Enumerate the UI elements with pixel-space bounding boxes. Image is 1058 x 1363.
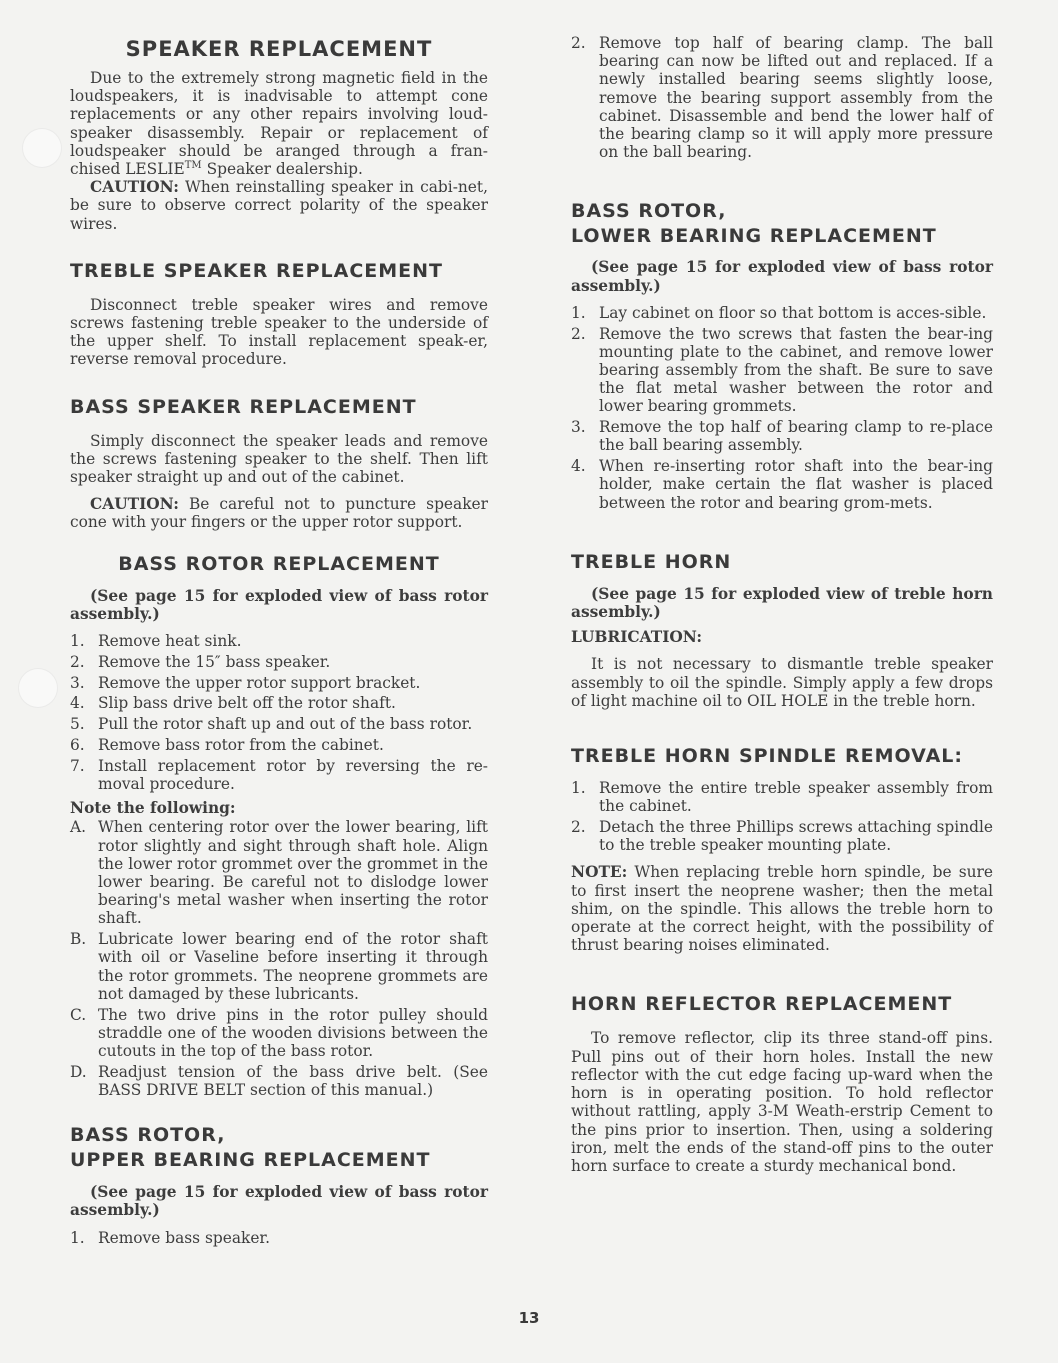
removal-steps: 1.Remove the entire treble speaker assem… bbox=[571, 779, 993, 854]
section-heading: TREBLE HORN bbox=[571, 550, 993, 575]
section-speaker-replacement: SPEAKER REPLACEMENT Due to the extremely… bbox=[70, 37, 488, 233]
section-body: To remove reflector, clip its three stan… bbox=[571, 1029, 993, 1175]
list-item: 3.Remove the upper rotor support bracket… bbox=[70, 674, 488, 692]
section-heading: SPEAKER REPLACEMENT bbox=[70, 37, 488, 62]
caution-label: CAUTION: bbox=[90, 178, 179, 196]
note-label: NOTE: bbox=[571, 863, 627, 881]
section-heading: BASS ROTOR,UPPER BEARING REPLACEMENT bbox=[70, 1123, 488, 1173]
list-item: 1.Lay cabinet on floor so that bottom is… bbox=[571, 304, 993, 322]
list-item: 1.Remove the entire treble speaker assem… bbox=[571, 779, 993, 815]
list-item: 5.Pull the rotor shaft up and out of the… bbox=[70, 715, 488, 733]
section-spindle-removal: TREBLE HORN SPINDLE REMOVAL: 1.Remove th… bbox=[571, 744, 993, 954]
list-item: 7.Install replacement rotor by reversing… bbox=[70, 757, 488, 793]
list-item: 2.Remove top half of bearing clamp. The … bbox=[571, 34, 993, 161]
section-horn-reflector: HORN REFLECTOR REPLACEMENT To remove ref… bbox=[571, 992, 993, 1175]
section-heading: BASS ROTOR REPLACEMENT bbox=[70, 552, 488, 577]
section-body: Simply disconnect the speaker leads and … bbox=[70, 432, 488, 487]
right-column: 2.Remove top half of bearing clamp. The … bbox=[571, 32, 993, 1175]
manual-page: SPEAKER REPLACEMENT Due to the extremely… bbox=[0, 0, 1058, 1363]
section-treble-speaker: TREBLE SPEAKER REPLACEMENT Disconnect tr… bbox=[70, 259, 488, 369]
section-lower-bearing: BASS ROTOR,LOWER BEARING REPLACEMENT (Se… bbox=[571, 199, 993, 511]
list-item: 3.Remove the top half of bearing clamp t… bbox=[571, 418, 993, 454]
list-item: 2.Remove the two screws that fasten the … bbox=[571, 325, 993, 416]
see-page-reference: (See page 15 for exploded view of bass r… bbox=[571, 258, 993, 294]
section-heading: BASS ROTOR,LOWER BEARING REPLACEMENT bbox=[571, 199, 993, 249]
section-treble-horn: TREBLE HORN (See page 15 for exploded vi… bbox=[571, 550, 993, 710]
section-body: It is not necessary to dismantle treble … bbox=[571, 655, 993, 710]
lubrication-label: LUBRICATION: bbox=[571, 628, 993, 646]
punch-hole-mark bbox=[22, 128, 62, 168]
caution-paragraph: CAUTION: When reinstalling speaker in ca… bbox=[70, 178, 488, 233]
list-item: A.When centering rotor over the lower be… bbox=[70, 818, 488, 927]
section-upper-bearing-continued: 2.Remove top half of bearing clamp. The … bbox=[571, 34, 993, 161]
removal-steps: 1.Remove heat sink. 2.Remove the 15″ bas… bbox=[70, 632, 488, 793]
removal-steps: 1.Remove bass speaker. bbox=[70, 1229, 488, 1247]
section-upper-bearing: BASS ROTOR,UPPER BEARING REPLACEMENT (Se… bbox=[70, 1123, 488, 1247]
left-column: SPEAKER REPLACEMENT Due to the extremely… bbox=[70, 32, 488, 1249]
list-item: 2.Remove the 15″ bass speaker. bbox=[70, 653, 488, 671]
list-item: 4.Slip bass drive belt off the rotor sha… bbox=[70, 694, 488, 712]
list-item: 1.Remove bass speaker. bbox=[70, 1229, 488, 1247]
caution-label: CAUTION: bbox=[90, 495, 179, 513]
section-body: Disconnect treble speaker wires and remo… bbox=[70, 296, 488, 369]
page-number: 13 bbox=[0, 1309, 1058, 1327]
trademark-symbol: TM bbox=[185, 160, 202, 171]
section-heading: HORN REFLECTOR REPLACEMENT bbox=[571, 992, 993, 1017]
list-item: 6.Remove bass rotor from the cabinet. bbox=[70, 736, 488, 754]
section-heading: TREBLE HORN SPINDLE REMOVAL: bbox=[571, 744, 993, 769]
see-page-reference: (See page 15 for exploded view of treble… bbox=[571, 585, 993, 621]
list-item: 1.Remove heat sink. bbox=[70, 632, 488, 650]
see-page-reference: (See page 15 for exploded view of bass r… bbox=[70, 587, 488, 623]
section-heading: BASS SPEAKER REPLACEMENT bbox=[70, 395, 488, 420]
caution-paragraph: CAUTION: Be careful not to puncture spea… bbox=[70, 495, 488, 531]
note-paragraph: NOTE: When replacing treble horn spindle… bbox=[571, 863, 993, 954]
list-item: D.Readjust tension of the bass drive bel… bbox=[70, 1063, 488, 1099]
section-bass-speaker: BASS SPEAKER REPLACEMENT Simply disconne… bbox=[70, 395, 488, 532]
section-heading: TREBLE SPEAKER REPLACEMENT bbox=[70, 259, 488, 284]
removal-steps: 1.Lay cabinet on floor so that bottom is… bbox=[571, 304, 993, 512]
see-page-reference: (See page 15 for exploded view of bass r… bbox=[70, 1183, 488, 1219]
note-label: Note the following: bbox=[70, 799, 488, 817]
punch-hole-mark bbox=[18, 668, 58, 708]
notes-list: A.When centering rotor over the lower be… bbox=[70, 818, 488, 1099]
list-item: B.Lubricate lower bearing end of the rot… bbox=[70, 930, 488, 1003]
list-item: 4.When re-inserting rotor shaft into the… bbox=[571, 457, 993, 512]
section-body: Due to the extremely strong magnetic fie… bbox=[70, 69, 488, 178]
list-item: C.The two drive pins in the rotor pulley… bbox=[70, 1006, 488, 1061]
section-bass-rotor: BASS ROTOR REPLACEMENT (See page 15 for … bbox=[70, 552, 488, 1100]
list-item: 2.Detach the three Phillips screws attac… bbox=[571, 818, 993, 854]
removal-steps: 2.Remove top half of bearing clamp. The … bbox=[571, 34, 993, 161]
